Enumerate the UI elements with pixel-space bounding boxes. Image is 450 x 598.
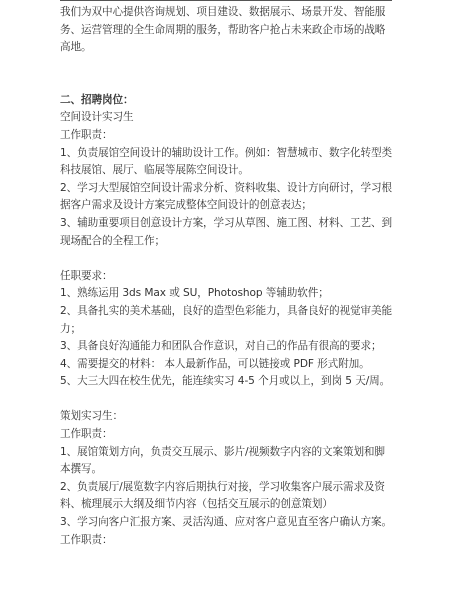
position-title: 空间设计实习生 bbox=[60, 109, 394, 127]
duty-item: 1、负责展馆空间设计的辅助设计工作。例如：智慧城市、数字化转型类科技展馆、展厅、… bbox=[60, 145, 394, 180]
requirement-item: 3、具备良好沟通能力和团队合作意识，对自己的作品有很高的要求； bbox=[60, 338, 394, 356]
job-posting-document: 我们为双中心提供咨询规划、项目建设、数据展示、场景开发、智能服务、运营管理的全生… bbox=[60, 4, 394, 549]
intro-paragraph: 我们为双中心提供咨询规划、项目建设、数据展示、场景开发、智能服务、运营管理的全生… bbox=[60, 4, 394, 57]
top-divider bbox=[60, 0, 392, 1]
duty-item: 2、学习大型展馆空间设计需求分析、资料收集、设计方向研讨，学习根据客户需求及设计… bbox=[60, 180, 394, 215]
requirement-item: 1、熟练运用 3ds Max 或 SU，Photoshop 等辅助软件； bbox=[60, 285, 394, 303]
duty-item: 1、展馆策划方向，负责交互展示、影片/视频数字内容的文案策划和脚本撰写。 bbox=[60, 444, 394, 479]
duties-label: 工作职责： bbox=[60, 426, 394, 444]
duties-label: 工作职责： bbox=[60, 127, 394, 145]
duty-item: 3、辅助重要项目创意设计方案，学习从草图、施工图、材料、工艺、到现场配合的全程工… bbox=[60, 215, 394, 250]
requirement-item: 5、大三大四在校生优先，能连续实习 4-5 个月或以上，到岗 5 天/周。 bbox=[60, 373, 394, 391]
duty-item: 3、学习向客户汇报方案、灵活沟通、应对客户意见直至客户确认方案。工作职责： bbox=[60, 514, 394, 549]
section-heading: 二、招聘岗位： bbox=[60, 92, 394, 110]
requirement-item: 4、需要提交的材料： 本人最新作品，可以链接或 PDF 形式附加。 bbox=[60, 356, 394, 374]
requirement-item: 2、具备扎实的美术基础，良好的造型色彩能力，具备良好的视觉审美能力； bbox=[60, 303, 394, 338]
requirements-label: 任职要求： bbox=[60, 268, 394, 286]
position-title: 策划实习生： bbox=[60, 408, 394, 426]
duty-item: 2、负责展厅/展览数字内容后期执行对接，学习收集客户展示需求及资料、梳理展示大纲… bbox=[60, 479, 394, 514]
